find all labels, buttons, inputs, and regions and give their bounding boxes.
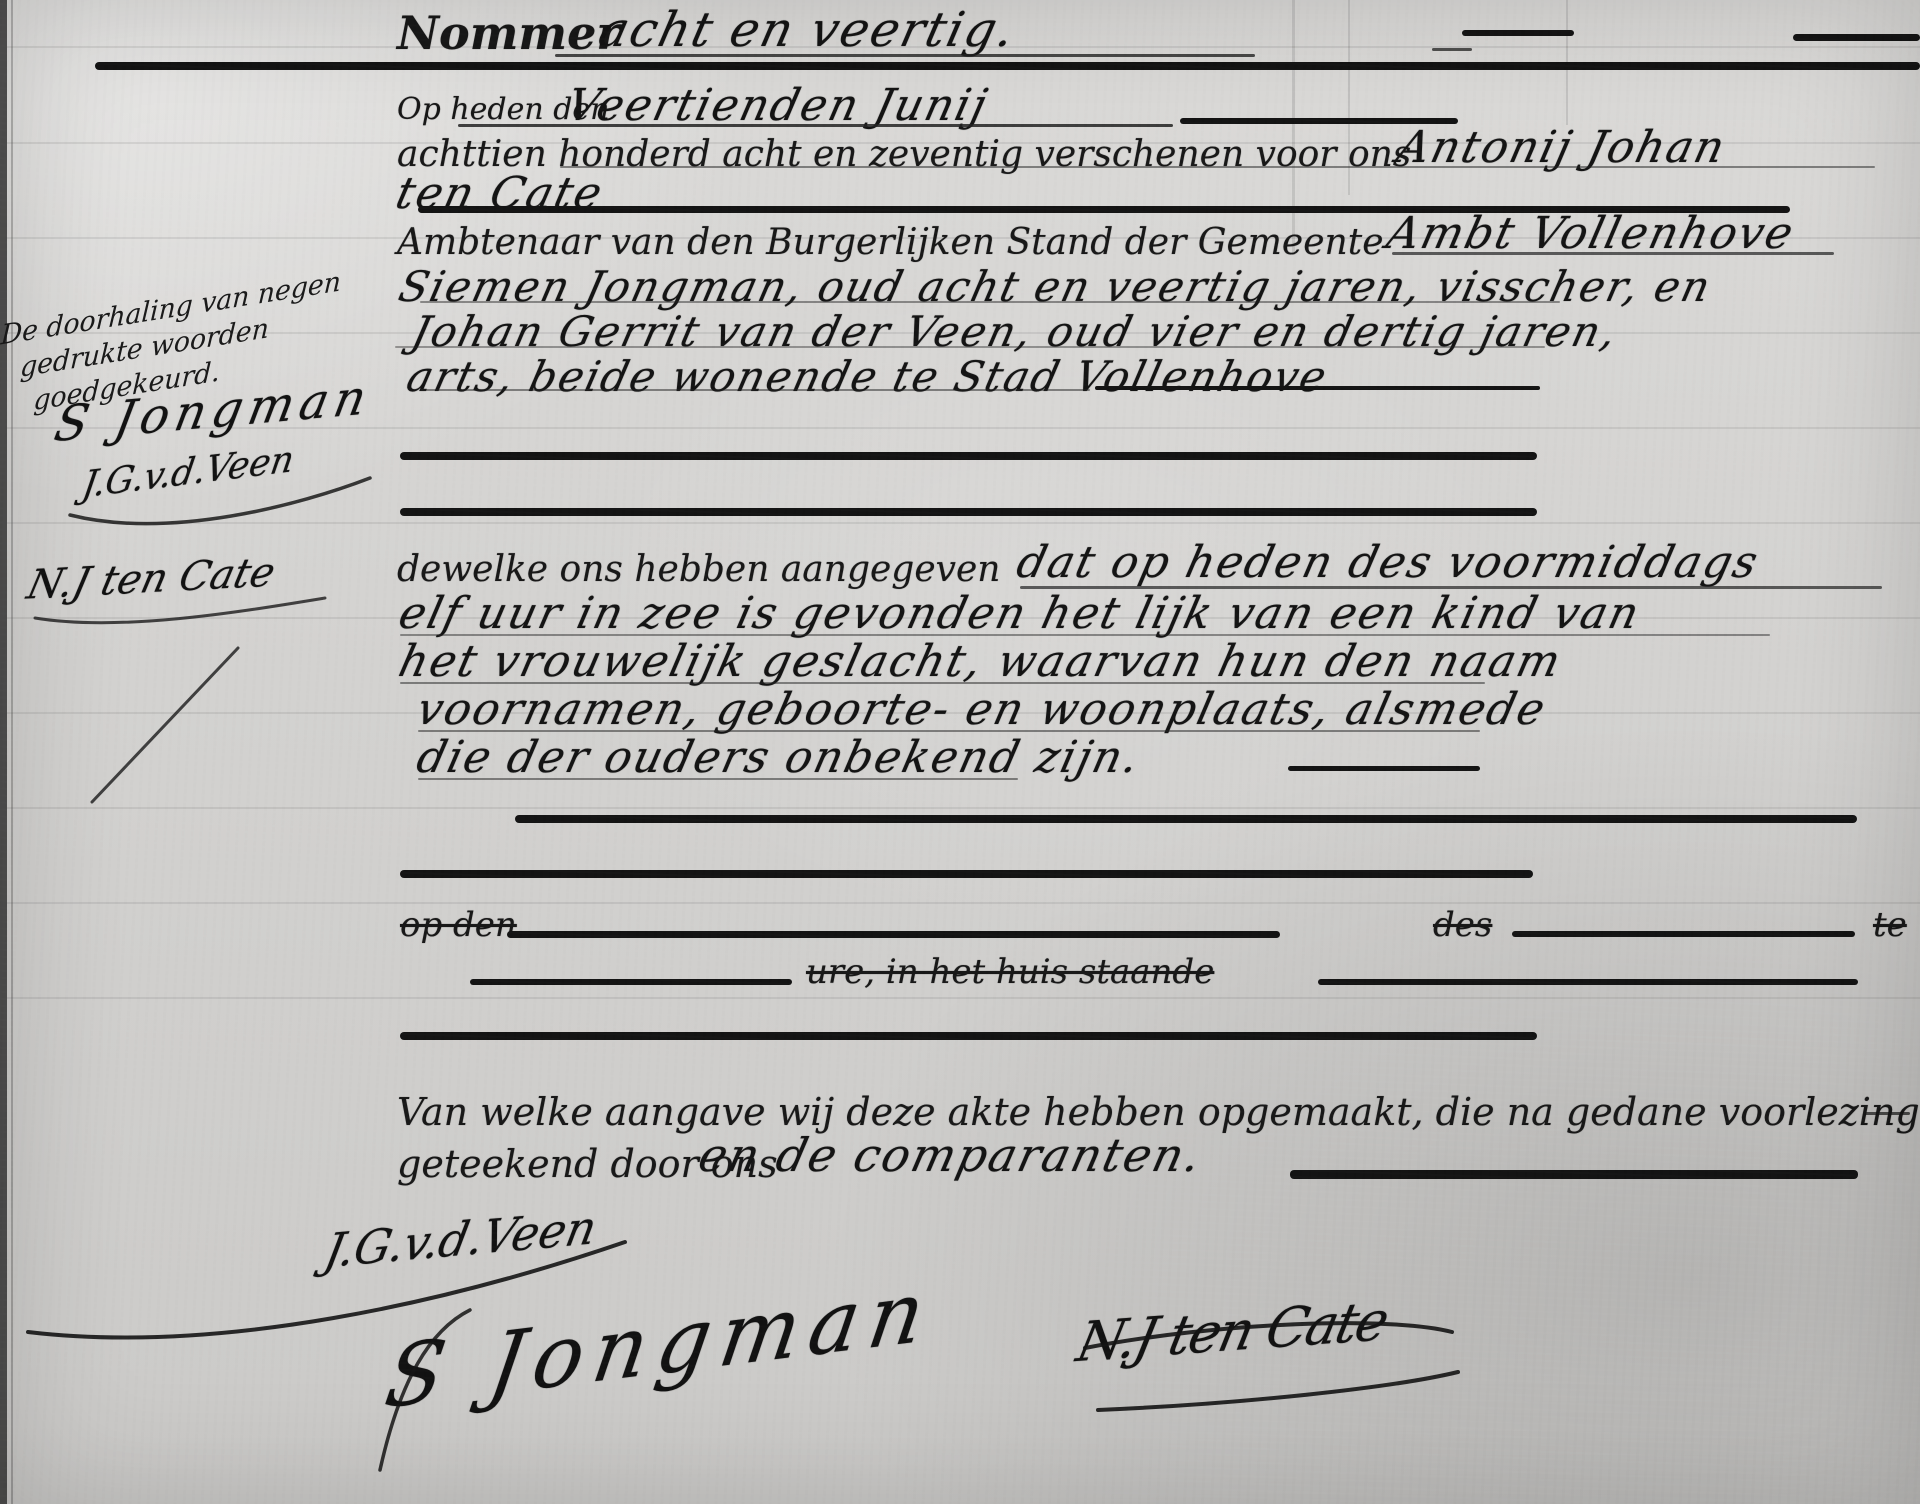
register-ruling-line (0, 807, 1920, 809)
fold-crease (1292, 0, 1295, 255)
filled-blank-rule (470, 979, 792, 985)
baseline-rule (458, 124, 1173, 127)
margin-diagonal-stroke (92, 648, 238, 802)
body-row12-written: die der ouders onbekend zijn. (412, 732, 1145, 783)
register-ruling-line (0, 522, 1920, 524)
body-row11-written: voornamen, geboorte- en woonplaats, alsm… (412, 684, 1551, 735)
margin-signature-cate: N.J ten Cate (23, 549, 280, 609)
body-row10-written: het vrouwelijk geslacht, waarvan hun den… (394, 636, 1567, 687)
form-number-label: Nommer (397, 6, 621, 60)
baseline-rule (420, 389, 1090, 391)
baseline-rule (420, 301, 1560, 303)
short-dash-rule (1865, 1112, 1910, 1115)
filled-blank-rule (1288, 766, 1480, 771)
struck-word-ure-huis: ure, in het huis staande (806, 952, 1214, 992)
body-row4-printed: Ambtenaar van den Burgerlijken Stand der… (397, 222, 1384, 263)
body-row8-printed: dewelke ons hebben aangegeven (397, 549, 1000, 590)
margin-signature-veen: J.G.v.d.Veen (79, 438, 297, 506)
body-row7-written: arts, beide wonende te Stad Vollenhove (402, 352, 1333, 401)
baseline-rule (560, 166, 1875, 168)
top-right-filled-rule (1462, 30, 1574, 36)
page-left-edge-line (11, 0, 13, 1504)
struck-word-op-den: op den (400, 905, 517, 945)
filled-blank-rule (515, 815, 1857, 823)
filled-blank-rule (400, 1032, 1537, 1040)
filled-blank-rule (400, 508, 1537, 516)
body-row8-written: dat op heden des voormiddags (1012, 537, 1764, 588)
baseline-rule (395, 346, 1545, 348)
signature-veen: J.G.v.d.Veen (320, 1200, 601, 1279)
top-right-filled-rule (1793, 34, 1920, 41)
filled-blank-rule (1095, 386, 1540, 390)
body-row9-written: elf uur in zee is gevonden het lijk van … (394, 588, 1646, 639)
body-row5-written: Siemen Jongman, oud acht en veertig jare… (394, 262, 1716, 311)
filled-blank-rule (1512, 931, 1855, 937)
filled-blank-rule (400, 452, 1537, 460)
body-row6-written: Johan Gerrit van der Veen, oud vier en d… (407, 307, 1622, 356)
baseline-rule (418, 778, 1018, 780)
scanned-death-record-page: { "colors": { "paper": "#d3d2d0", "ink":… (0, 0, 1920, 1504)
filled-blank-rule (1290, 1170, 1858, 1179)
baseline-rule (1392, 252, 1834, 255)
closing-written: en de comparanten. (694, 1128, 1208, 1182)
struck-word-te: te (1873, 905, 1907, 945)
cate-signature-underline-stroke (1098, 1372, 1458, 1410)
filled-blank-rule (507, 931, 1280, 938)
register-ruling-line (0, 997, 1920, 999)
number-baseline-rule (555, 54, 1255, 57)
page-left-edge-shadow (0, 0, 7, 1504)
heavy-divider-rule (95, 62, 1920, 70)
signature-cate: N.J ten Cate (1072, 1289, 1393, 1375)
short-dash-rule (1432, 48, 1472, 51)
form-number-value: acht en veertig. (594, 2, 1022, 58)
signature-jongman: S Jongman (379, 1260, 941, 1428)
filled-blank-rule (1318, 979, 1858, 985)
register-ruling-line (0, 902, 1920, 904)
filled-blank-rule (400, 870, 1533, 878)
struck-word-des: des (1433, 905, 1492, 945)
